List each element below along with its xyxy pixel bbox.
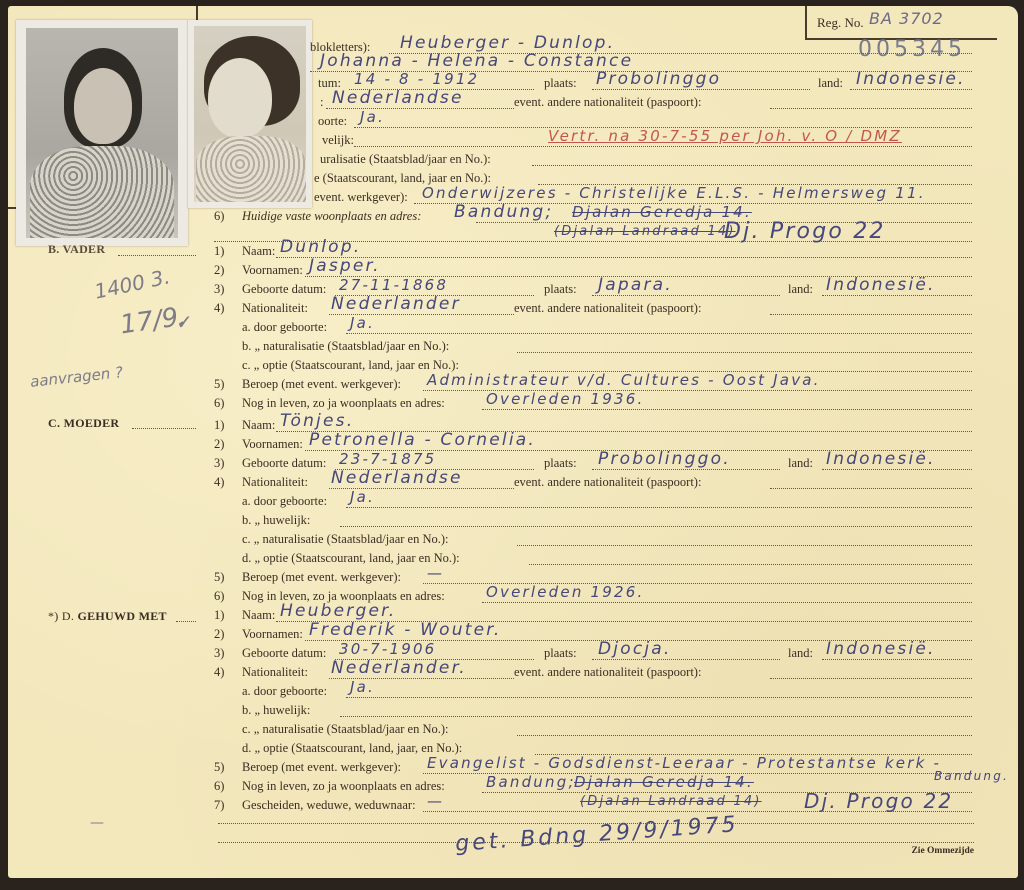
other-nationality-label: event. andere nationaliteit (paspoort): (514, 93, 701, 112)
residence-value: Bandung; (454, 203, 553, 222)
top-divider (196, 6, 198, 20)
row-number: 4) (214, 663, 236, 682)
reg-label: Reg. No. (817, 15, 864, 31)
mother-row: d. „ optie (Staatscourant, land, jaar en… (214, 549, 974, 568)
section-dots (118, 255, 196, 256)
mother-value: Overleden 1926. (486, 583, 644, 602)
dotted-line (770, 678, 972, 679)
spouse-row: c. „ naturalisatie (Staatsblad/jaar en N… (214, 720, 974, 739)
margin-note-check: ✓ (176, 310, 193, 334)
field-label: velijk: (322, 131, 354, 150)
father-row: 4)Nationaliteit:Nederlanderevent. andere… (214, 299, 974, 318)
birthdate-value: 14 - 8 - 1912 (354, 70, 479, 89)
dotted-line (850, 89, 972, 90)
field-label: event. werkgever): (314, 188, 408, 207)
field-label: Nationaliteit: (242, 299, 308, 318)
field-label: Nationaliteit: (242, 473, 308, 492)
father-nationality-value: Nederlander (331, 295, 461, 314)
row-number: 2) (214, 625, 236, 644)
applicant-row: :Nederlandseevent. andere nationaliteit … (214, 93, 974, 112)
dotted-line (592, 89, 810, 90)
spouse-row: 7)Gescheiden, weduwe, weduwnaar:—(Djalan… (214, 796, 974, 815)
old-address-struck-2: (Djalan Landraad 14) (554, 222, 736, 241)
mother-row: b. „ huwelijk: (214, 511, 974, 530)
row-number: 3) (214, 644, 236, 663)
row-number: 5) (214, 758, 236, 777)
spouse-row: b. „ huwelijk: (214, 701, 974, 720)
row-number: 1) (214, 606, 236, 625)
spouse-value: Bandung; (486, 773, 576, 792)
field-label: b. „ huwelijk: (242, 511, 310, 530)
field-label: Nationaliteit: (242, 663, 308, 682)
spouse-struck-address: Djalan Geredja 14. (574, 773, 754, 792)
spouse-new-address: Dj. Progo 22 (804, 792, 953, 811)
dotted-line (822, 659, 972, 660)
father-value: Ja. (350, 314, 375, 333)
nationality-value: Nederlandse (332, 89, 464, 108)
dotted-line (592, 469, 780, 470)
land-label: land: (818, 74, 843, 93)
spouse-birthdate-value: 30-7-1906 (339, 640, 436, 659)
spouse-row: 3)Geboorte datum:30-7-1906plaats:Djocja.… (214, 644, 974, 663)
field-label: uralisatie (Staatsblad/jaar en No.): (320, 150, 491, 169)
spouse-nationality-value: Nederlander. (331, 659, 467, 678)
field-label: c. „ naturalisatie (Staatsblad/jaar en N… (242, 720, 449, 739)
land-label: land: (788, 454, 813, 473)
field-label: oorte: (318, 112, 347, 131)
row-number: 5) (214, 568, 236, 587)
dotted-line (340, 526, 972, 527)
dotted-line (822, 469, 972, 470)
dotted-line (770, 488, 972, 489)
field-label: a. door geboorte: (242, 682, 327, 701)
bottom-dots-1 (218, 823, 974, 824)
see-reverse-note: Zie Ommezijde (911, 846, 974, 856)
by-birth-value: Ja. (360, 108, 385, 127)
dotted-line (517, 545, 972, 546)
father-value: Overleden 1936. (486, 390, 644, 409)
row-number: 5) (214, 375, 236, 394)
other-nationality-label: event. andere nationaliteit (paspoort): (514, 299, 701, 318)
dotted-line (770, 108, 972, 109)
father-row: 3)Geboorte datum:27-11-1868plaats:Japara… (214, 280, 974, 299)
portrait-photo-front (16, 20, 188, 246)
dotted-line (770, 314, 972, 315)
dotted-line (517, 352, 972, 353)
dotted-line (354, 146, 972, 147)
father-value: Administrateur v/d. Cultures - Oost Java… (427, 371, 821, 390)
mother-value: Tönjes. (280, 412, 354, 431)
spouse-value: Frederik - Wouter. (309, 621, 502, 640)
spouse-struck-address-2: (Djalan Landraad 14) (580, 792, 762, 811)
dotted-line (517, 735, 972, 736)
spouse-value: — (427, 792, 444, 811)
dotted-line (346, 507, 972, 508)
spouse-country-value: Indonesië. (826, 640, 936, 659)
field-label: Voornamen: (242, 625, 303, 644)
dotted-line (346, 697, 972, 698)
field-label: Nog in leven, zo ja woonplaats en adres: (242, 777, 445, 796)
field-label: Beroep (met event. werkgever): (242, 375, 401, 394)
applicant-row: velijk:Vertr. na 30-7-55 per Joh. v. O /… (214, 131, 974, 150)
spouse-row: 4)Nationaliteit:Nederlander.event. ander… (214, 663, 974, 682)
plaats-label: plaats: (544, 454, 577, 473)
row-number: 1) (214, 416, 236, 435)
spouse-value: Evangelist - Godsdienst-Leeraar - Protes… (427, 754, 941, 773)
mother-country-value: Indonesië. (826, 450, 936, 469)
given-names-value: Johanna - Helena - Constance (320, 52, 633, 71)
row-number: 3) (214, 280, 236, 299)
row-number: 6) (214, 394, 236, 413)
father-country-value: Indonesië. (826, 276, 936, 295)
section-label-gehuwd-met: *) D. GEHUWD MET (48, 609, 167, 624)
father-row: b. „ naturalisatie (Staatsblad/jaar en N… (214, 337, 974, 356)
field-label: b. „ huwelijk: (242, 701, 310, 720)
registration-box: Reg. No. BA 3702 (805, 6, 997, 40)
field-label: a. door geboorte: (242, 492, 327, 511)
new-address-value: Dj. Progo 22 (724, 222, 886, 241)
father-value: Dunlop. (280, 238, 361, 257)
dotted-line (532, 165, 972, 166)
section-label-vader: B. VADER (48, 242, 105, 257)
occupation-value: Onderwijzeres - Christelijke E.L.S. - He… (422, 184, 926, 203)
father-value: Jasper. (309, 257, 381, 276)
dotted-line (592, 659, 780, 660)
field-label: Naam: (242, 606, 275, 625)
plaats-label: plaats: (544, 74, 577, 93)
reg-number: BA 3702 (869, 9, 944, 28)
plaats-label: plaats: (544, 280, 577, 299)
row-number: 1) (214, 242, 236, 261)
field-label: Geboorte datum: (242, 454, 326, 473)
dotted-line (346, 333, 972, 334)
row-number: 4) (214, 473, 236, 492)
land-label: land: (788, 280, 813, 299)
land-label: land: (788, 644, 813, 663)
field-label: b. „ naturalisatie (Staatsblad/jaar en N… (242, 337, 449, 356)
field-label: Gescheiden, weduwe, weduwnaar: (242, 796, 416, 815)
plaats-label: plaats: (544, 644, 577, 663)
birthplace-value: Probolinggo (596, 70, 721, 89)
mother-value: — (427, 564, 444, 583)
row-number: 6) (214, 777, 236, 796)
father-birthdate-value: 27-11-1868 (339, 276, 448, 295)
section-dots (176, 621, 196, 622)
departure-note: Vertr. na 30-7-55 per Joh. v. O / DMZ (548, 127, 902, 146)
spouse-aside: Bandung. (934, 767, 1009, 786)
mother-row: c. „ naturalisatie (Staatsblad/jaar en N… (214, 530, 974, 549)
dotted-line (340, 716, 972, 717)
field-label: Voornamen: (242, 435, 303, 454)
row-number: 7) (214, 796, 236, 815)
row-number: 6) (214, 587, 236, 606)
row-number: 2) (214, 261, 236, 280)
mother-value: Ja. (350, 488, 375, 507)
spouse-value: Ja. (350, 678, 375, 697)
row-number: 6) (214, 207, 236, 226)
bottom-dots-2 (218, 842, 974, 843)
row-number: 4) (214, 299, 236, 318)
mother-row: 3)Geboorte datum:23-7-1875plaats:Proboli… (214, 454, 974, 473)
row-number: 3) (214, 454, 236, 473)
father-row: a. door geboorte:Ja. (214, 318, 974, 337)
other-nationality-label: event. andere nationaliteit (paspoort): (514, 473, 701, 492)
row-number: 2) (214, 435, 236, 454)
dotted-line (482, 602, 972, 603)
dotted-line (326, 108, 514, 109)
field-label: Geboorte datum: (242, 644, 326, 663)
mother-row: a. door geboorte:Ja. (214, 492, 974, 511)
mother-row: 4)Nationaliteit:Nederlandseevent. andere… (214, 473, 974, 492)
dotted-line (529, 564, 972, 565)
mother-nationality-value: Nederlandse (331, 469, 463, 488)
margin-note-dash: — (90, 815, 104, 831)
field-label: a. door geboorte: (242, 318, 327, 337)
country-value: Indonesië. (856, 70, 966, 89)
father-birthplace-value: Japara. (598, 276, 673, 295)
mother-value: Petronella - Cornelia. (309, 431, 536, 450)
dotted-line (592, 295, 780, 296)
field-label: Beroep (met event. werkgever): (242, 758, 401, 777)
field-label: Geboorte datum: (242, 280, 326, 299)
field-label: Voornamen: (242, 261, 303, 280)
mother-birthplace-value: Probolinggo. (598, 450, 731, 469)
spouse-birthplace-value: Djocja. (598, 640, 672, 659)
field-label: : (320, 93, 323, 112)
applicant-row: tum:plaats:Probolinggoland:Indonesië.14 … (214, 74, 974, 93)
spouse-value: Heuberger. (280, 602, 396, 621)
mother-birthdate-value: 23-7-1875 (339, 450, 436, 469)
field-label: Naam: (242, 416, 275, 435)
field-label: Huidige vaste woonplaats en adres: (242, 207, 421, 226)
dotted-line (822, 295, 972, 296)
field-label: Naam: (242, 242, 275, 261)
section-label-moeder: C. MOEDER (48, 416, 119, 431)
section-dots (132, 428, 196, 429)
field-label: c. „ naturalisatie (Staatsblad/jaar en N… (242, 530, 449, 549)
other-nationality-label: event. andere nationaliteit (paspoort): (514, 663, 701, 682)
field-label: Beroep (met event. werkgever): (242, 568, 401, 587)
dotted-line (482, 409, 972, 410)
applicant-row: uralisatie (Staatsblad/jaar en No.): (214, 150, 974, 169)
spouse-row: a. door geboorte:Ja. (214, 682, 974, 701)
